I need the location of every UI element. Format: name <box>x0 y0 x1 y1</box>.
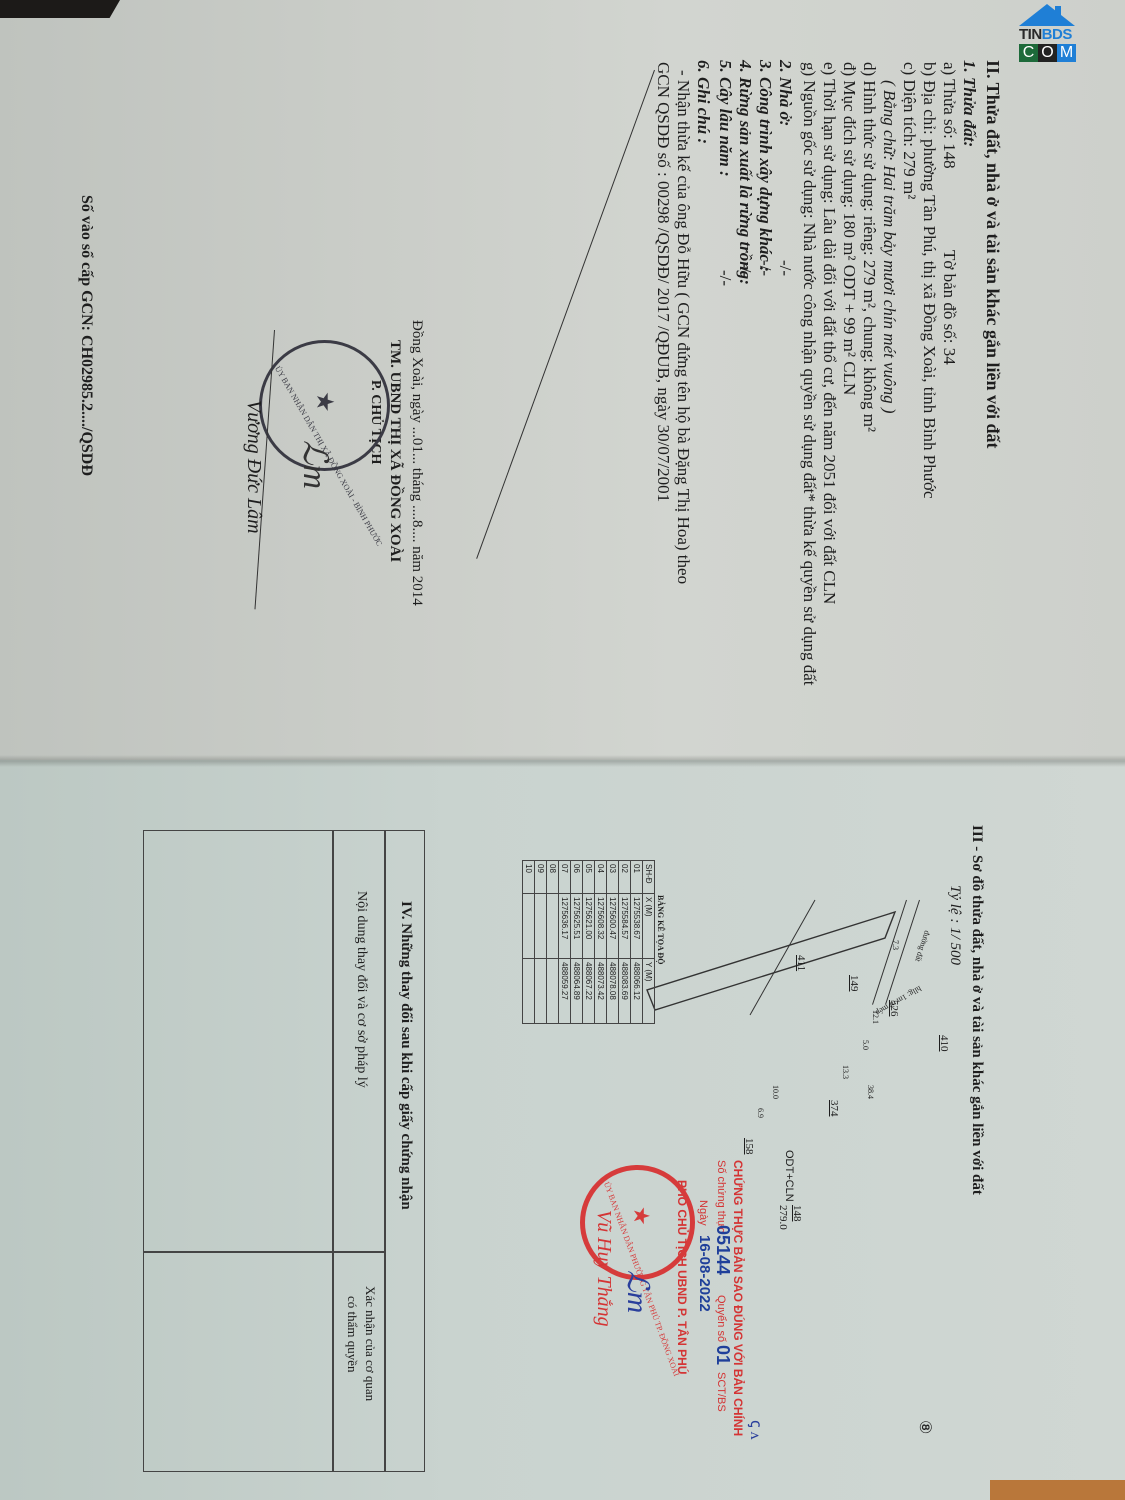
coord-cell: 02 <box>619 861 631 894</box>
usage-purpose: đ) Mục đích sử dụng: 180 m² ODT + 99 m² … <box>839 62 859 395</box>
coord-cell: 1275621.00 <box>583 894 595 959</box>
star-icon: ★ <box>628 1206 654 1226</box>
land-area-words: ( Bằng chữ: Hai trăm bảy mươi chín mét v… <box>879 80 899 414</box>
coord-header-row: SH-ĐX (M)Y (M) <box>643 861 655 1024</box>
coord-table-row: 061275625.51488064.89 <box>571 861 583 1024</box>
coord-cell <box>535 959 547 1024</box>
cert-number: 05144 <box>712 1225 733 1275</box>
divider <box>144 1251 386 1253</box>
parcel-usage-label: ODT+CLN <box>783 1150 795 1202</box>
section-ii-title: II. Thửa đất, nhà ở và tài sản khác gắn … <box>982 60 1003 449</box>
coord-table-title: BẢNG KÊ TỌA ĐỘ <box>656 895 665 964</box>
changes-col-confirm-2: có thẩm quyền <box>344 1296 360 1373</box>
changes-table: IV. Những thay đổi sau khi cấp giấy chứn… <box>143 830 425 1472</box>
other-construction-label: 3. Công trình xây dựng khác : <box>755 60 775 272</box>
edge-length: 5.0 <box>861 1040 870 1050</box>
chimney-icon <box>1055 6 1061 18</box>
coord-cell: 1275538.67 <box>631 894 643 959</box>
cert-book: 01 <box>712 1345 733 1365</box>
parcel-number: a) Thửa số: 148 <box>939 62 959 169</box>
coord-cell: 01 <box>631 861 643 894</box>
coord-cell: 07 <box>559 861 571 894</box>
coord-cell <box>547 894 559 959</box>
forest-value: -/- <box>735 262 755 278</box>
signer-name: Vương Đức Lâm <box>242 400 265 534</box>
coord-header-cell: SH-Đ <box>643 861 655 894</box>
coord-cell: 488066.12 <box>631 959 643 1024</box>
coord-cell: 488078.08 <box>607 959 619 1024</box>
certification-title: CHỨNG THỰC BẢN SAO ĐÚNG VỚI BẢN CHÍNH <box>731 1160 745 1436</box>
notes-heading: 6. Ghi chú : <box>693 60 713 144</box>
house-value: -/- <box>775 260 795 276</box>
coord-cell: 488064.89 <box>571 959 583 1024</box>
land-address: b) Địa chỉ: phường Tân Phú, thị xã Đồng … <box>919 62 939 499</box>
coord-table-row: 10 <box>523 861 535 1024</box>
coord-cell <box>523 894 535 959</box>
signature-scribble: ℒm <box>295 440 335 489</box>
coord-cell: 1275608.32 <box>595 894 607 959</box>
initials-mark: ꞔ ᴧ <box>746 1420 768 1440</box>
coord-cell <box>547 959 559 1024</box>
cross-out-line <box>476 70 655 559</box>
changes-col-content: Nội dung thay đổi và cơ sở pháp lý <box>353 891 369 1088</box>
cert-date: 16-08-2022 <box>696 1235 713 1312</box>
coord-cell: 488067.22 <box>583 959 595 1024</box>
coord-table-row: 071275636.17488059.27 <box>559 861 571 1024</box>
coord-cell <box>535 894 547 959</box>
forest-label: 4. Rừng sản xuất là rừng trồng: <box>735 60 755 285</box>
cert-signature-scribble: ℒm <box>620 1270 655 1313</box>
house-label: 2. Nhà ở: <box>775 60 795 126</box>
coord-cell: 1275625.51 <box>571 894 583 959</box>
coord-cell <box>523 959 535 1024</box>
neighbor-374: 374 <box>828 1100 840 1117</box>
logo-text-bottom: C O M <box>1019 44 1076 62</box>
parcel-number-label: 148 <box>791 1205 803 1222</box>
map-sheet-number: Tờ bản đồ số: 34 <box>939 250 959 365</box>
coord-cell: 1275636.17 <box>559 894 571 959</box>
coord-table-row: 021275584.57488083.69 <box>619 861 631 1024</box>
perennial-value: -/- <box>715 270 735 286</box>
house-roof-icon <box>1019 4 1075 26</box>
coord-cell: 488059.27 <box>559 959 571 1024</box>
land-heading: 1. Thửa đất: <box>959 60 979 147</box>
page-marker: ⑧ <box>915 1420 935 1434</box>
usage-term: e) Thời hạn sử dụng: Lâu dài đối với đất… <box>819 62 839 604</box>
cert-date-label: Ngày <box>697 1200 709 1226</box>
cert-book-suffix: SCT/BS <box>715 1372 727 1412</box>
coord-header-cell: X (M) <box>643 894 655 959</box>
neighbor-149: 149 <box>848 975 860 992</box>
changes-col-confirm-1: Xác nhận của cơ quan <box>362 1286 378 1401</box>
section-iv-title: IV. Những thay đổi sau khi cấp giấy chứn… <box>397 901 414 1210</box>
neighbor-410: 410 <box>938 1035 950 1052</box>
coord-cell: 1275584.57 <box>619 894 631 959</box>
edge-length: 38.4 <box>866 1085 875 1099</box>
coord-header-cell: Y (M) <box>643 959 655 1024</box>
land-area: c) Diện tích: 279 m² <box>899 62 919 199</box>
coord-table-row: 011275538.67488066.12 <box>631 861 643 1024</box>
tinbds-logo: TINBDS C O M <box>1015 4 1075 62</box>
cert-number-label: Số chứng thực <box>715 1160 727 1233</box>
coord-cell: 10 <box>523 861 535 894</box>
section-iii-title: III - Sơ đồ thửa đất, nhà ở và tài sản k… <box>968 825 985 1195</box>
perennial-label: 5. Cây lâu năm : <box>715 60 735 177</box>
diagram-scale: Tỷ lệ : 1/ 500 <box>946 885 963 965</box>
coord-cell: 03 <box>607 861 619 894</box>
coord-table-row: 09 <box>535 861 547 1024</box>
other-construction-value: -/- <box>755 260 775 276</box>
coord-cell: 1275600.47 <box>607 894 619 959</box>
divider <box>333 831 335 1471</box>
edge-length: 12.1 <box>871 1010 880 1024</box>
coord-table-row: 08 <box>547 861 559 1024</box>
coord-table-row: 051275621.00488067.22 <box>583 861 595 1024</box>
place-and-date: Đồng Xoài, ngày ...01... tháng ....8....… <box>408 320 425 606</box>
usage-form: d) Hình thức sử dụng: riêng: 279 m², chu… <box>859 62 879 432</box>
coord-cell: 08 <box>547 861 559 894</box>
notes-line-2: GCN QSDĐ số : 00298 /QSDĐ/ 2017 /QĐUB, n… <box>653 62 673 502</box>
usage-origin: g) Nguồn gốc sử dụng: Nhà nước công nhận… <box>799 62 819 686</box>
certificate-spread: II. Thửa đất, nhà ở và tài sản khác gắn … <box>0 0 1125 1500</box>
coord-table: SH-ĐX (M)Y (M)011275538.67488066.1202127… <box>522 860 655 1024</box>
neighbor-411: 411 <box>795 955 807 971</box>
parcel-outline <box>625 880 925 1120</box>
edge-length: 13.3 <box>841 1065 850 1079</box>
neighbor-526: 526 <box>888 1000 900 1017</box>
edge-length: 10.0 <box>771 1085 780 1099</box>
coord-table-row: 041275608.32488073.42 <box>595 861 607 1024</box>
neighbor-158: 158 <box>743 1138 755 1155</box>
divider <box>385 831 387 1471</box>
star-icon: ★ <box>310 391 339 413</box>
coord-table-row: 031275600.47488078.08 <box>607 861 619 1024</box>
cert-signer-name: Vũ Huy Thắng <box>592 1210 615 1327</box>
coord-cell: 488073.42 <box>595 959 607 1024</box>
edge-length: 7.3 <box>891 940 900 950</box>
edge-length: 6.9 <box>756 1108 765 1118</box>
cert-book-label: Quyển số <box>715 1295 727 1342</box>
coord-cell: 488083.69 <box>619 959 631 1024</box>
coord-cell: 09 <box>535 861 547 894</box>
coord-cell: 06 <box>571 861 583 894</box>
notes-line-1: - Nhận thừa kế của ông Đỗ Hữu ( GCN đứng… <box>673 70 693 584</box>
coord-cell: 05 <box>583 861 595 894</box>
issuing-org: TM. UBND THỊ XÃ ĐỒNG XOÀI <box>386 340 403 562</box>
registry-number: Số vào sổ cấp GCN: CH02985.2..../QSDĐ <box>77 195 95 476</box>
logo-text-top: TINBDS <box>1019 26 1072 43</box>
parcel-area-label: 279.0 <box>777 1205 789 1230</box>
coord-cell: 04 <box>595 861 607 894</box>
